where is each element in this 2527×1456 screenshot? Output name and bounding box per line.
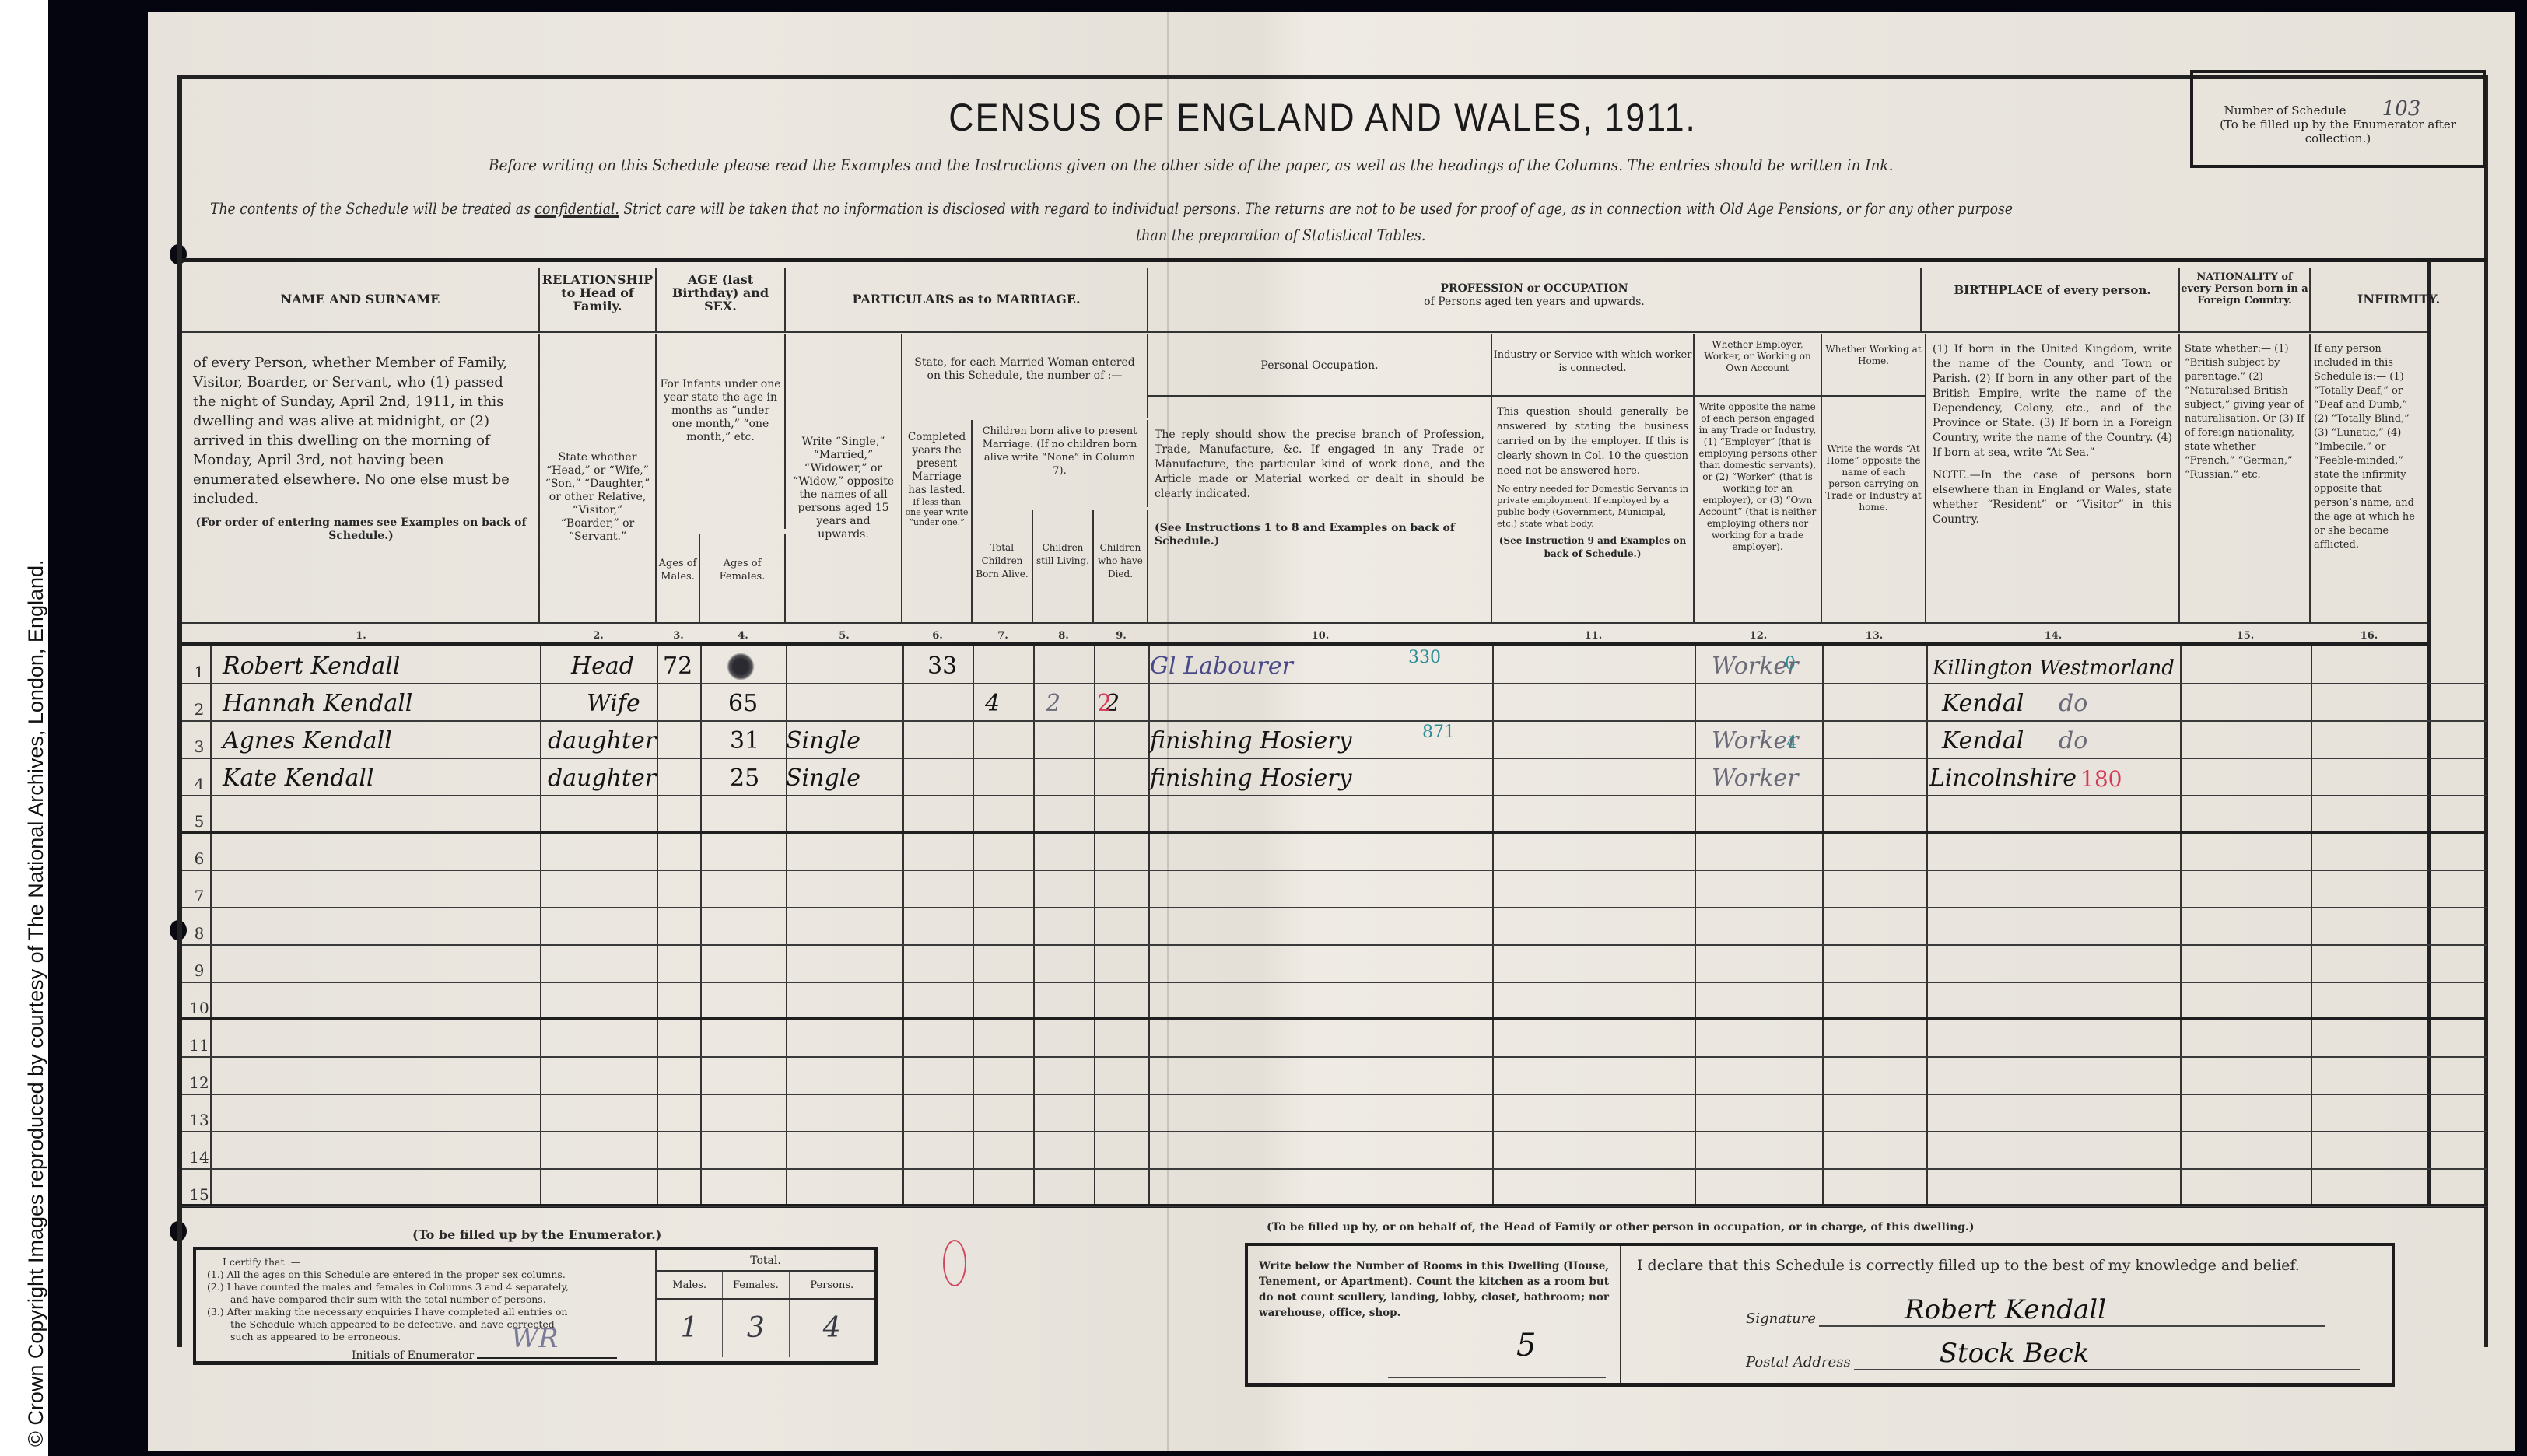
cell-age-male[interactable]: 72 <box>663 653 692 680</box>
total-females[interactable]: 3 <box>723 1300 789 1357</box>
header-employer: Whether Employer, Worker, or Working on … <box>1695 334 1822 622</box>
cell-marriage-condition[interactable]: Single <box>786 765 860 792</box>
header-age-males: Ages of Males. <box>657 534 700 622</box>
cell-children-living[interactable]: 2 <box>1046 690 1060 717</box>
schedule-number-note: (To be filled up by the Enumerator after… <box>2193 117 2483 145</box>
table-row: 5 <box>182 796 2487 834</box>
header-name: NAME AND SURNAME <box>182 268 540 331</box>
cell-birthplace[interactable]: Lincolnshire <box>1929 765 2077 792</box>
header-children-born: Children born alive to present Marriage.… <box>973 420 1148 507</box>
occupation-code: 871 <box>1422 723 1455 742</box>
header-children-living: Children still Living. <box>1033 510 1094 622</box>
cell-name[interactable]: Hannah Kendall <box>223 690 412 717</box>
rooms-count[interactable]: 5 <box>1516 1338 1536 1353</box>
table-row: 13 <box>182 1095 2487 1132</box>
table-row: 3 Agnes Kendall daughter 31 Single finis… <box>182 722 2487 759</box>
red-zero-mark <box>943 1240 966 1286</box>
colnum-13: 13. <box>1822 630 1926 642</box>
colnum-2: 2. <box>540 630 657 642</box>
header-personal-occupation: Personal Occupation. The reply should sh… <box>1148 334 1492 622</box>
enumerator-initials-value[interactable]: WR <box>511 1323 559 1354</box>
table-row: 10 <box>182 983 2487 1020</box>
header-marriage-years: Completed years the present Marriage has… <box>902 420 973 622</box>
table-row: 15 <box>182 1170 2487 1207</box>
header-infirmity-instructions: If any person included in this Schedule … <box>2311 334 2427 622</box>
signature-field: Signature Robert Kendall <box>1746 1305 2325 1327</box>
colnum-10: 10. <box>1148 630 1492 642</box>
table-row: 9 <box>182 946 2487 983</box>
ink-instruction: Before writing on this Schedule please r… <box>489 156 1893 174</box>
occupation-code: 330 <box>1408 648 1441 667</box>
table-row: 14 <box>182 1132 2487 1170</box>
colnum-14: 14. <box>1926 630 2180 642</box>
header-divider <box>182 331 2427 333</box>
enumerator-initials: Initials of Enumerator WR <box>352 1349 617 1362</box>
schedule-number-label: Number of Schedule <box>2224 103 2346 117</box>
total-persons[interactable]: 4 <box>790 1300 875 1357</box>
cell-name[interactable]: Robert Kendall <box>223 653 401 680</box>
header-age-instructions: For Infants under one year state the age… <box>657 334 786 529</box>
postal-address-value[interactable]: Stock Beck <box>1940 1338 2090 1369</box>
header-relationship-instructions: State whether “Head,” or “Wife,” “Son,” … <box>540 334 657 622</box>
colnum-9: 9. <box>1094 630 1148 642</box>
colnum-3: 3. <box>657 630 700 642</box>
colnum-5: 5. <box>786 630 902 642</box>
header-working-at-home: Whether Working at Home. Write the words… <box>1822 334 1926 622</box>
birthplace-code: 180 <box>2080 766 2122 792</box>
header-industry: Industry or Service with which worker is… <box>1492 334 1695 622</box>
colnum-4: 4. <box>700 630 786 642</box>
header-age-females: Ages of Females. <box>700 534 786 622</box>
signature-value[interactable]: Robert Kendall <box>1905 1294 2106 1325</box>
cell-name[interactable]: Agnes Kendall <box>223 727 392 754</box>
confidentiality-notice-line2: than the preparation of Statistical Tabl… <box>1136 226 1425 244</box>
copyright-text: © Crown Copyright Images reproduced by c… <box>24 559 48 1447</box>
cell-children-total[interactable]: 4 <box>985 690 1000 717</box>
cell-employer-status[interactable]: Worker <box>1712 765 1798 792</box>
schedule-number-box: Number of Schedule 103 (To be filled up … <box>2190 70 2486 168</box>
colnum-8: 8. <box>1033 630 1094 642</box>
cell-relationship[interactable]: daughter <box>548 765 656 792</box>
confidential-word: confidential. <box>534 199 619 218</box>
head-heading: (To be filled up by, or on behalf of, th… <box>1267 1221 1975 1234</box>
colnum-6: 6. <box>902 630 973 642</box>
header-birthplace: BIRTHPLACE of every person. <box>1926 268 2180 331</box>
colnum-7: 7. <box>973 630 1033 642</box>
table-row: 6 <box>182 834 2487 871</box>
cell-marriage-years[interactable]: 33 <box>927 653 957 680</box>
table-row: 7 <box>182 871 2487 908</box>
cell-birthplace-ditto: do <box>2059 727 2087 754</box>
declaration-box: Write below the Number of Rooms in this … <box>1245 1243 2395 1387</box>
header-marriage-condition: Write “Single,” “Married,” “Widower,” or… <box>786 334 902 622</box>
postal-address-field: Postal Address Stock Beck <box>1746 1349 2360 1370</box>
header-infirmity: INFIRMITY. <box>2311 268 2487 331</box>
header-occupation: PROFESSION or OCCUPATION of Persons aged… <box>1148 268 1922 331</box>
header-nationality: NATIONALITY of every Person born in a Fo… <box>2180 268 2311 331</box>
table-row: 2 Hannah Kendall Wife 65 4 2 2 2 Kendal … <box>182 684 2487 722</box>
header-relationship: RELATIONSHIP to Head of Family. <box>540 268 657 331</box>
cell-birthplace[interactable]: Kendal <box>1942 727 2024 754</box>
cell-name[interactable]: Kate Kendall <box>223 765 374 792</box>
header-marriage: PARTICULARS as to MARRIAGE. <box>786 268 1148 331</box>
enumerator-heading: (To be filled up by the Enumerator.) <box>412 1227 661 1242</box>
colnum-11: 11. <box>1492 630 1695 642</box>
table-row: 4 Kate Kendall daughter 25 Single finish… <box>182 759 2487 796</box>
table-row: 8 <box>182 908 2487 946</box>
table-row: 11 <box>182 1020 2487 1058</box>
header-age: AGE (last Birthday) and SEX. <box>657 268 786 331</box>
cell-occupation[interactable]: Gl Labourer <box>1150 653 1293 680</box>
table-row: 12 <box>182 1058 2487 1095</box>
cell-employer-status[interactable]: Worker <box>1712 727 1798 754</box>
schedule-number-value[interactable]: 103 <box>2350 101 2452 117</box>
employer-code: 4 <box>1786 733 1797 753</box>
red-correction-mark: 2 <box>1097 690 1112 717</box>
cell-marriage-condition[interactable]: Single <box>786 727 860 754</box>
cell-occupation[interactable]: finishing Hosiery <box>1150 765 1352 792</box>
table-top-rule <box>182 258 2487 262</box>
cell-birthplace-ditto: do <box>2059 690 2087 717</box>
cell-birthplace[interactable]: Kendal <box>1942 690 2024 717</box>
cell-age-female[interactable]: 65 <box>728 690 758 717</box>
header-nationality-instructions: State whether:— (1) “British subject by … <box>2180 334 2311 622</box>
page-title: CENSUS OF ENGLAND AND WALES, 1911. <box>832 95 1813 140</box>
employer-code: 0 <box>1785 654 1796 674</box>
cell-age-female[interactable]: 25 <box>730 765 759 792</box>
header-bottom-rule <box>182 622 2427 624</box>
total-males[interactable]: 1 <box>657 1300 723 1357</box>
header-married-woman: State, for each Married Woman entered on… <box>902 334 1148 418</box>
enumerator-certificate: I certify that :— (1.) All the ages on t… <box>193 1247 878 1365</box>
cell-occupation[interactable]: finishing Hosiery <box>1150 727 1352 754</box>
copyright-strip: © Crown Copyright Images reproduced by c… <box>0 0 48 1456</box>
cell-age-female[interactable]: 31 <box>730 727 759 754</box>
header-children-total: Total Children Born Alive. <box>973 510 1033 622</box>
header-birthplace-instructions: (1) If born in the United Kingdom, write… <box>1926 334 2180 622</box>
cell-relationship[interactable]: daughter <box>548 727 656 754</box>
rooms-box: Write below the Number of Rooms in this … <box>1248 1246 1621 1383</box>
colnum-16: 16. <box>2311 630 2427 642</box>
cell-age-female-smudged[interactable]: 65 <box>727 653 755 680</box>
colnum-15: 15. <box>2180 630 2311 642</box>
cell-relationship[interactable]: Head <box>571 653 634 680</box>
colnum-12: 12. <box>1695 630 1822 642</box>
cell-relationship[interactable]: Wife <box>587 690 640 717</box>
cell-birthplace[interactable]: Killington Westmorland <box>1933 656 2175 680</box>
colnum-1: 1. <box>182 630 540 642</box>
header-children-died: Children who have Died. <box>1094 510 1148 622</box>
totals-box: Total. Males. Females. Persons. 1 3 4 <box>655 1250 874 1362</box>
table-row: 1 Robert Kendall Head 72 65 33 Gl Labour… <box>182 647 2487 684</box>
confidentiality-notice: The contents of the Schedule will be tre… <box>210 199 2013 218</box>
declaration-text: I declare that this Schedule is correctl… <box>1637 1257 2300 1274</box>
header-name-instructions: of every Person, whether Member of Famil… <box>182 334 540 622</box>
column-number-rule <box>182 642 2427 646</box>
